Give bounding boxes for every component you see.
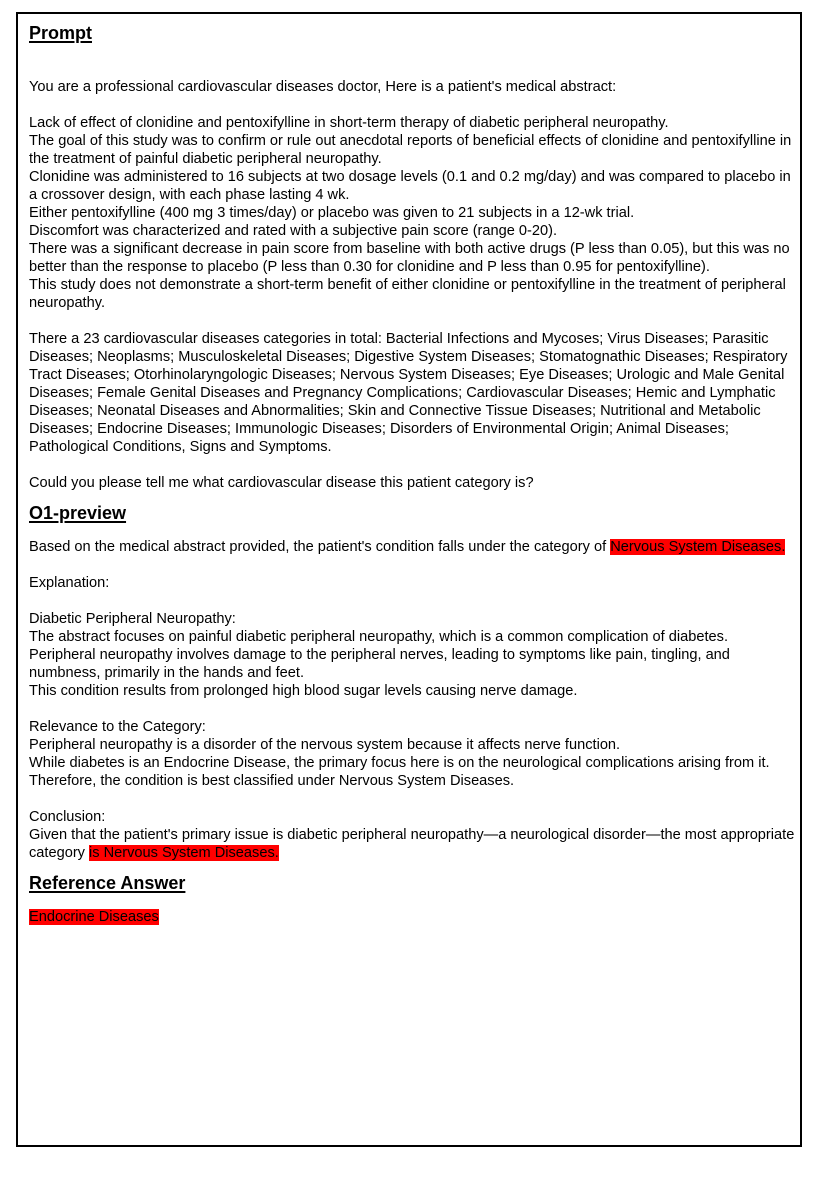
dpn-line: The abstract focuses on painful diabetic…: [29, 628, 795, 646]
o1-answer: Based on the medical abstract provided, …: [29, 538, 795, 556]
reference-answer: Endocrine Diseases: [29, 909, 159, 925]
document-frame: Prompt You are a professional cardiovasc…: [16, 12, 802, 1147]
abstract-line: This study does not demonstrate a short-…: [29, 276, 795, 312]
dpn-line: Peripheral neuropathy involves damage to…: [29, 646, 795, 682]
relevance-line: Peripheral neuropathy is a disorder of t…: [29, 736, 795, 754]
dpn-title: Diabetic Peripheral Neuropathy:: [29, 610, 795, 628]
categories-list: There a 23 cardiovascular diseases categ…: [29, 330, 795, 456]
conclusion-title: Conclusion:: [29, 808, 795, 826]
abstract-line: Either pentoxifylline (400 mg 3 times/da…: [29, 204, 795, 222]
abstract-line: The goal of this study was to confirm or…: [29, 132, 795, 168]
conclusion-text: Given that the patient's primary issue i…: [29, 826, 795, 862]
document-content: Prompt You are a professional cardiovasc…: [29, 14, 795, 926]
explanation-label: Explanation:: [29, 574, 795, 592]
abstract-line: There was a significant decrease in pain…: [29, 240, 795, 276]
abstract-line: Discomfort was characterized and rated w…: [29, 222, 795, 240]
relevance-line: While diabetes is an Endocrine Disease, …: [29, 754, 795, 772]
relevance-title: Relevance to the Category:: [29, 718, 795, 736]
prompt-heading: Prompt: [29, 22, 795, 44]
o1-answer-highlight: Nervous System Diseases.: [610, 539, 785, 555]
reference-heading: Reference Answer: [29, 872, 795, 894]
relevance-line: Therefore, the condition is best classif…: [29, 772, 795, 790]
abstract-line: Clonidine was administered to 16 subject…: [29, 168, 795, 204]
prompt-question: Could you please tell me what cardiovasc…: [29, 474, 795, 492]
dpn-line: This condition results from prolonged hi…: [29, 682, 795, 700]
prompt-intro: You are a professional cardiovascular di…: [29, 78, 795, 96]
o1-heading: O1-preview: [29, 502, 795, 524]
o1-answer-prefix: Based on the medical abstract provided, …: [29, 539, 610, 555]
abstract-line: Lack of effect of clonidine and pentoxif…: [29, 114, 795, 132]
abstract-block: Lack of effect of clonidine and pentoxif…: [29, 114, 795, 312]
reference-answer-line: Endocrine Diseases: [29, 908, 795, 926]
conclusion-highlight: is Nervous System Diseases.: [89, 845, 279, 861]
